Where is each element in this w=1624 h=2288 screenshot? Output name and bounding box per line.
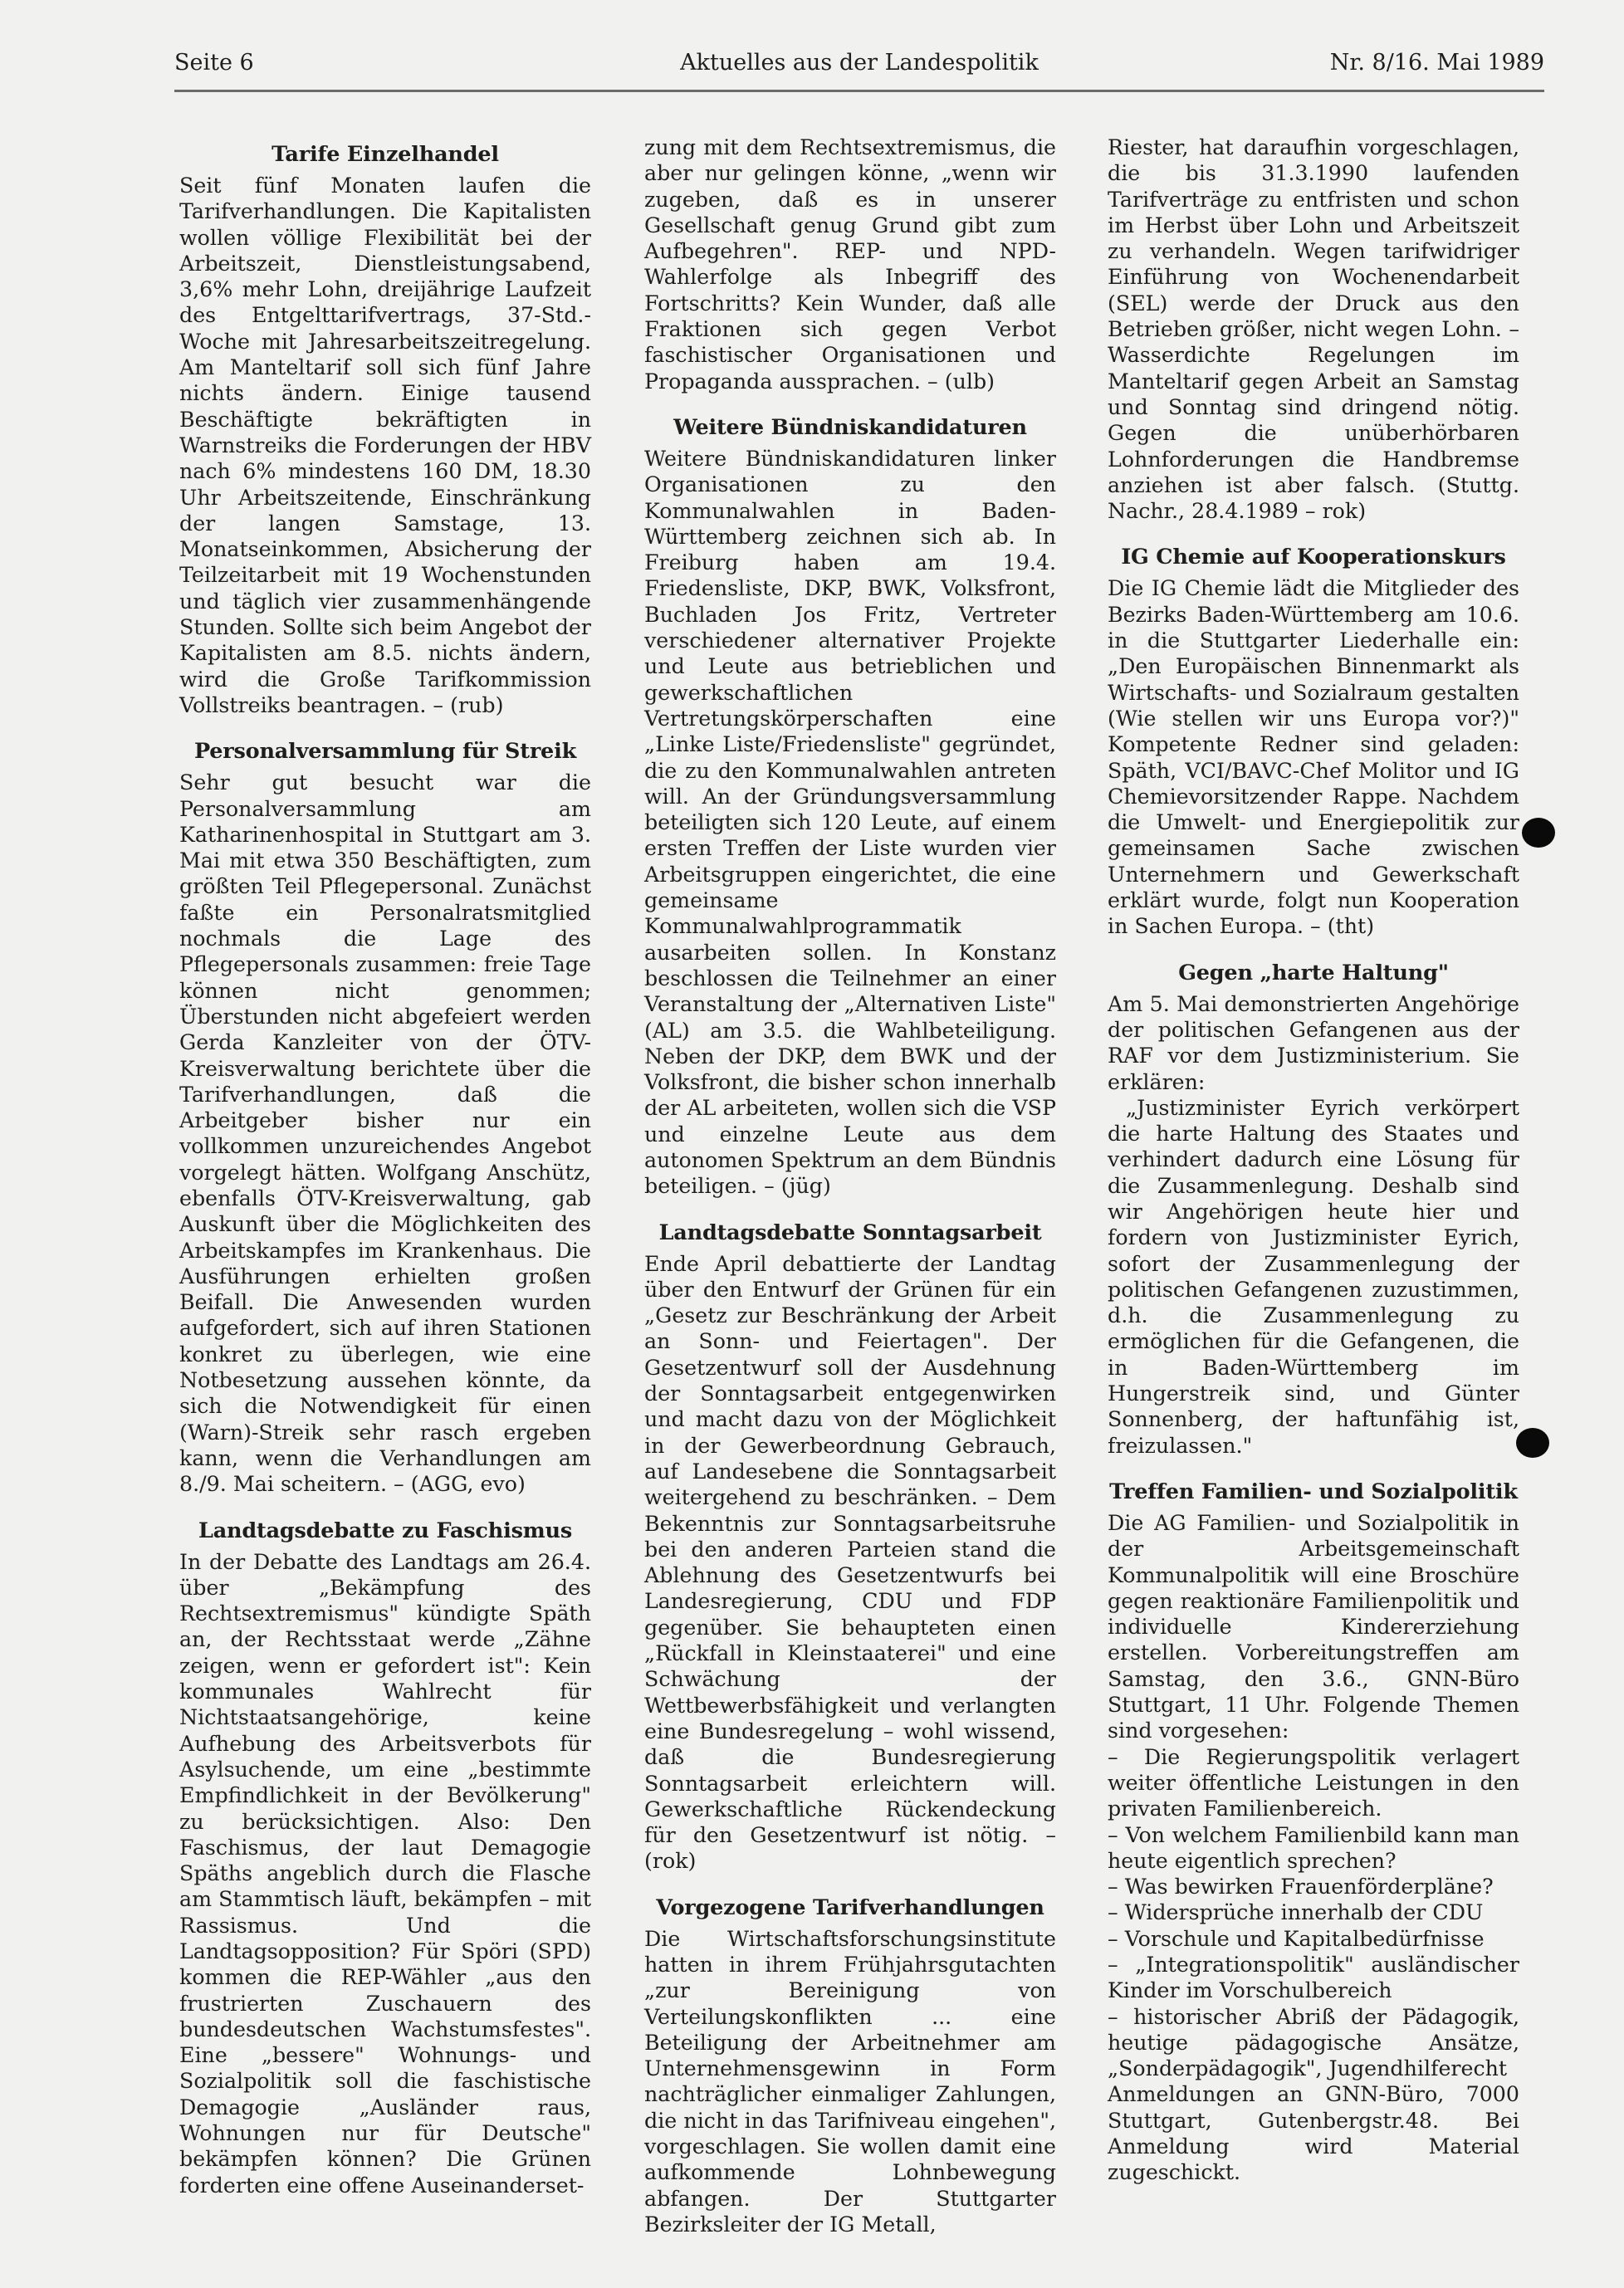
column-3: Riester, hat daraufhin vorgeschlagen, di…: [1108, 134, 1519, 2206]
article-personalversammlung: Personalversammlung für Streik Sehr gut …: [179, 738, 591, 1497]
article-tarife-einzelhandel: Tarife Einzelhandel Seit fünf Monaten la…: [179, 141, 591, 718]
article-headline: Personalversammlung für Streik: [179, 738, 591, 765]
punch-hole: [1516, 1428, 1549, 1458]
article-headline: Landtagsdebatte Sonntagsarbeit: [644, 1220, 1056, 1246]
article-body: In der Debatte des Landtags am 26.4. übe…: [179, 1549, 591, 2198]
article-vorgezogene-tarifverhandlungen: Vorgezogene Tarifverhandlungen Die Wirts…: [644, 1894, 1056, 2238]
article-body-continued: zung mit dem Rechtsextremismus, die aber…: [644, 134, 1056, 394]
article-familien-sozialpolitik: Treffen Familien- und Sozialpolitik Die …: [1108, 1479, 1519, 2186]
article-body: Am 5. Mai demonstrierten Angehörige der …: [1108, 991, 1519, 1095]
article-headline: Vorgezogene Tarifverhandlungen: [644, 1894, 1056, 1921]
issue-date: Nr. 8/16. Mai 1989: [1330, 50, 1544, 76]
topic-list: – Die Regierungspolitik verlagert weiter…: [1108, 1744, 1519, 2082]
article-buendniskandidaturen: Weitere Bündniskandidaturen Weitere Bünd…: [644, 414, 1056, 1200]
article-headline: Weitere Bündniskandidaturen: [644, 414, 1056, 441]
topic-list-item: – historischer Abriß der Pädagogik, heut…: [1108, 2004, 1519, 2082]
article-headline: Landtagsdebatte zu Faschismus: [179, 1518, 591, 1544]
article-body: Weitere Bündniskandidaturen linker Organ…: [644, 446, 1056, 1200]
article-faschismus-continued: zung mit dem Rechtsextremismus, die aber…: [644, 134, 1056, 394]
column-1: Tarife Einzelhandel Seit fünf Monaten la…: [179, 134, 591, 2218]
topic-list-item: – Von welchem Familienbild kann man heut…: [1108, 1822, 1519, 1875]
article-sonntagsarbeit: Landtagsdebatte Sonntagsarbeit Ende Apri…: [644, 1220, 1056, 1875]
article-headline: Gegen „harte Haltung": [1108, 960, 1519, 986]
topic-list-item: – Widersprüche innerhalb der CDU: [1108, 1899, 1519, 1925]
article-body: Seit fünf Monaten laufen die Tarifverhan…: [179, 173, 591, 718]
article-harte-haltung: Gegen „harte Haltung" Am 5. Mai demonstr…: [1108, 960, 1519, 1459]
article-body-continued: Riester, hat daraufhin vorgeschlagen, di…: [1108, 134, 1519, 524]
article-tarifverhandlungen-continued: Riester, hat daraufhin vorgeschlagen, di…: [1108, 134, 1519, 524]
topic-list-item: – Die Regierungspolitik verlagert weiter…: [1108, 1744, 1519, 1822]
article-body: Die Wirtschaftsforschungsinstitute hatte…: [644, 1926, 1056, 2238]
punch-hole: [1522, 818, 1555, 848]
topic-list-item: – Was bewirken Frauenförderpläne?: [1108, 1874, 1519, 1899]
article-body: Die AG Familien- und Sozialpolitik in de…: [1108, 1510, 1519, 1744]
article-ig-chemie: IG Chemie auf Kooperationskurs Die IG Ch…: [1108, 544, 1519, 939]
article-quote: „Justizminister Eyrich verkörpert die ha…: [1108, 1095, 1519, 1459]
page-header: Seite 6 Aktuelles aus der Landespolitik …: [174, 43, 1544, 85]
article-headline: Tarife Einzelhandel: [179, 141, 591, 168]
registration-note: Anmeldungen an GNN-Büro, 7000 Stuttgart,…: [1108, 2081, 1519, 2185]
article-body: Sehr gut besucht war die Personalversamm…: [179, 770, 591, 1497]
article-body: Die IG Chemie lädt die Mitglieder des Be…: [1108, 575, 1519, 939]
topic-list-item: – „Integrationspolitik" ausländischer Ki…: [1108, 1952, 1519, 2004]
column-2: zung mit dem Rechtsextremismus, die aber…: [644, 134, 1056, 2257]
topic-list-item: – Vorschule und Kapitalbedürfnisse: [1108, 1926, 1519, 1952]
article-body: Ende April debattierte der Landtag über …: [644, 1251, 1056, 1875]
header-rule: [174, 90, 1544, 92]
article-landtagsdebatte-faschismus: Landtagsdebatte zu Faschismus In der Deb…: [179, 1518, 591, 2198]
article-headline: Treffen Familien- und Sozialpolitik: [1108, 1479, 1519, 1505]
article-headline: IG Chemie auf Kooperationskurs: [1108, 544, 1519, 570]
